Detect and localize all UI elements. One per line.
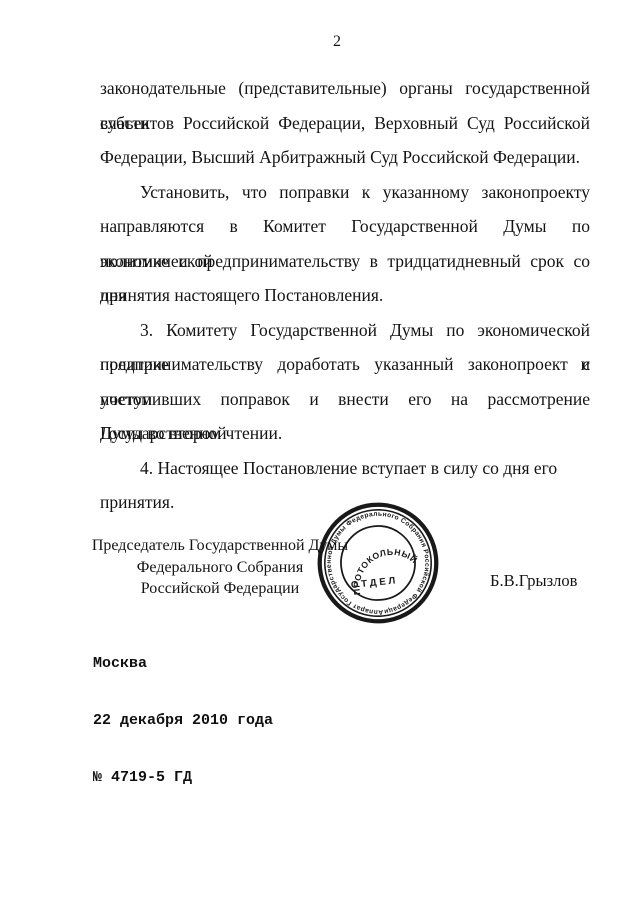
stamp-outer-ring [314, 499, 442, 627]
body-line: принятия настоящего Постановления. [100, 278, 590, 313]
body-line: Думы во втором чтении. [100, 416, 590, 451]
page-number: 2 [17, 33, 640, 51]
body-line: направляются в Комитет Государственной Д… [100, 209, 590, 244]
body-line: 4. Настоящее Постановление вступает в си… [100, 451, 590, 486]
body-line: Установить, что поправки к указанному за… [100, 175, 590, 210]
document-page: 2 законодательные (представительные) орг… [0, 0, 640, 905]
footer-number: № 4719-5 ГД [93, 768, 273, 787]
stamp-inner-ring [337, 522, 418, 603]
body-line: 3. Комитету Государственной Думы по экон… [100, 313, 590, 348]
body-line: предпринимательству доработать указанный… [100, 347, 590, 382]
body-line: поступивших поправок и внести его на рас… [100, 382, 590, 417]
footer-city: Москва [93, 654, 273, 673]
body-line: законодательные (представительные) орган… [100, 71, 590, 106]
protocol-department-stamp: Аппарат Государственной Думы Федеральног… [296, 477, 460, 650]
footer-date: 22 декабря 2010 года [93, 711, 273, 730]
document-body: законодательные (представительные) орган… [100, 71, 590, 485]
footer-block: Москва 22 декабря 2010 года № 4719-5 ГД [93, 616, 273, 825]
body-line: субъектов Российской Федерации, Верховны… [100, 106, 590, 141]
body-line: политике и предпринимательству в тридцат… [100, 244, 590, 279]
signature-name: Б.В.Грызлов [490, 571, 577, 591]
body-line: Федерации, Высший Арбитражный Суд Россий… [100, 140, 590, 175]
